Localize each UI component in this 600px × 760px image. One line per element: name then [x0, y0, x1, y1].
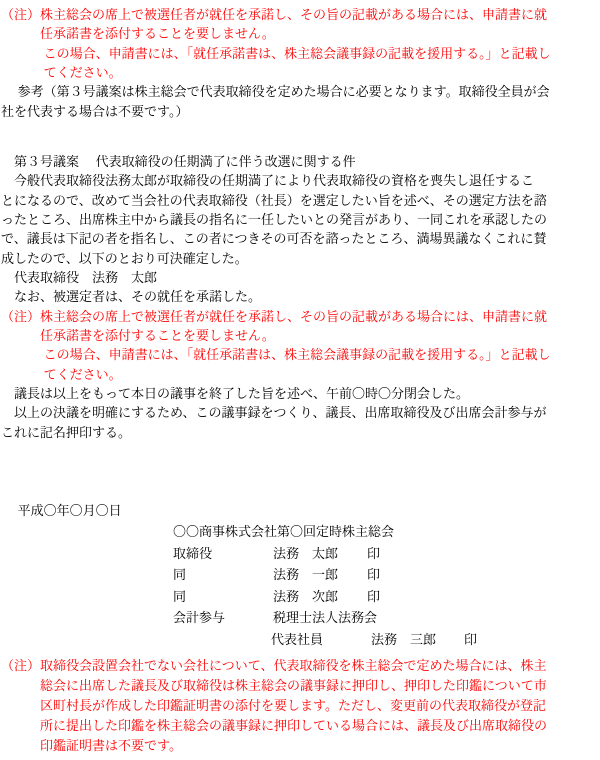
signer-role: 会計参与	[173, 607, 273, 629]
note-bottom-line: 区町村長が作成した印鑑証明書の添付を要します。ただし、変更前の代表取締役が登記	[1, 696, 600, 716]
note-bottom: （注）取締役会設置会社でない会社について、代表取締役を株主総会で定めた場合には、…	[1, 656, 600, 756]
note-bottom-line: 印鑑証明書は不要です。	[1, 736, 600, 756]
note-mid-line: この場合、申請書には、「就任承諾書は、株主総会議事録の記載を援用する。」と記載し	[1, 345, 600, 364]
note-mid-line: 任承諾書を添付することを要しません。	[1, 326, 600, 345]
elected-representative-line: 代表取締役 法務 太郎	[1, 268, 600, 287]
agenda-body-line: なお、被選定者は、その就任を承諾した。	[1, 287, 600, 306]
note-top-line: （注）株主総会の席上で被選任者が就任を承諾し、その旨の記載がある場合には、申請書…	[1, 5, 600, 24]
closing-line: 議長は以上をもって本日の議事を終了した旨を述べ、午前〇時〇分閉会した。	[1, 384, 600, 403]
agenda-heading: 第３号議案 代表取締役の任期満了に伴う改選に関する件	[1, 152, 600, 171]
agenda-body-line: で、議長は下記の者を指名し、この者につきその可否を諮ったところ、満場異議なくこれ…	[1, 229, 600, 248]
note-mid-line: （注）株主総会の席上で被選任者が就任を承諾し、その旨の記載がある場合には、申請書…	[1, 307, 600, 326]
signer-name: 法務 一郎	[273, 564, 367, 586]
note-bottom-line: 所に提出した印鑑を株主総会の議事録に押印している場合には、議長及び出席取締役の	[1, 716, 600, 736]
seal-mark: 印	[367, 543, 380, 565]
signature-row: 取締役法務 太郎印	[173, 543, 600, 565]
seal-mark: 印	[367, 564, 380, 586]
signer-role: 同	[173, 564, 273, 586]
note-mid: （注）株主総会の席上で被選任者が就任を承諾し、その旨の記載がある場合には、申請書…	[1, 307, 600, 384]
reference-line: 社を代表する場合は不要です。）	[1, 102, 600, 121]
minutes-document: （注）株主総会の席上で被選任者が就任を承諾し、その旨の記載がある場合には、申請書…	[0, 0, 600, 760]
note-bottom-line: 総会に出席した議長及び取締役は株主総会の議事録に押印し、押印した印鑑について市	[1, 676, 600, 696]
signer-name: 法務 三郎	[371, 629, 464, 651]
agenda-body-line: とになるので、改めて当会社の代表取締役（社長）を選定したい旨を述べ、その選定方法…	[1, 191, 600, 210]
note-bottom-line: （注）取締役会設置会社でない会社について、代表取締役を株主総会で定めた場合には、…	[1, 656, 600, 676]
reference-line: 参考（第３号議案は株主総会で代表取締役を定めた場合に必要となります。取締役全員が…	[1, 82, 600, 101]
note-top: （注）株主総会の席上で被選任者が就任を承諾し、その旨の記載がある場合には、申請書…	[1, 5, 600, 82]
signer-role: 代表社員	[271, 629, 371, 651]
note-top-line: この場合、申請書には、「就任承諾書は、株主総会議事録の記載を援用する。」と記載し	[1, 44, 600, 63]
note-top-line: てください。	[1, 63, 600, 82]
signature-row: 代表社員法務 三郎印	[271, 629, 600, 651]
agenda-item-3: 第３号議案 代表取締役の任期満了に伴う改選に関する件 今般代表取締役法務太郎が取…	[1, 152, 600, 307]
signer-name: 税理士法人法務会	[273, 607, 367, 629]
closing-line: これに記名押印する。	[1, 423, 600, 442]
date-signature-block: 平成〇年〇月〇日 〇〇商事株式会社第〇回定時株主総会 取締役法務 太郎印 同法務…	[1, 500, 600, 651]
closing-statement: 議長は以上をもって本日の議事を終了した旨を述べ、午前〇時〇分閉会した。 以上の決…	[1, 384, 600, 442]
agenda-body-line: 今般代表取締役法務太郎が取締役の任期満了により代表取締役の資格を喪失し退任するこ	[1, 171, 600, 190]
signer-name: 法務 太郎	[273, 543, 367, 565]
signature-row: 同法務 一郎印	[173, 564, 600, 586]
reference-remark: 参考（第３号議案は株主総会で代表取締役を定めた場合に必要となります。取締役全員が…	[1, 82, 600, 121]
note-mid-line: てください。	[1, 365, 600, 384]
signer-name: 法務 次郎	[273, 586, 367, 608]
meeting-title: 〇〇商事株式会社第〇回定時株主総会	[173, 521, 600, 543]
signer-role: 取締役	[173, 543, 273, 565]
seal-mark: 印	[464, 629, 477, 651]
signature-row: 会計参与税理士法人法務会	[173, 607, 600, 629]
document-date: 平成〇年〇月〇日	[1, 500, 600, 522]
agenda-body-line: 成したので、以下のとおり可決確定した。	[1, 249, 600, 268]
note-top-line: 任承諾書を添付することを要しません。	[1, 24, 600, 43]
seal-mark: 印	[367, 586, 380, 608]
signer-role: 同	[173, 586, 273, 608]
agenda-body-line: ったところ、出席株主中から議長の指名に一任したいとの発言があり、一同これを承認し…	[1, 210, 600, 229]
closing-line: 以上の決議を明確にするため、この議事録をつくり、議長、出席取締役及び出席会計参与…	[1, 403, 600, 422]
signature-row: 同法務 次郎印	[173, 586, 600, 608]
